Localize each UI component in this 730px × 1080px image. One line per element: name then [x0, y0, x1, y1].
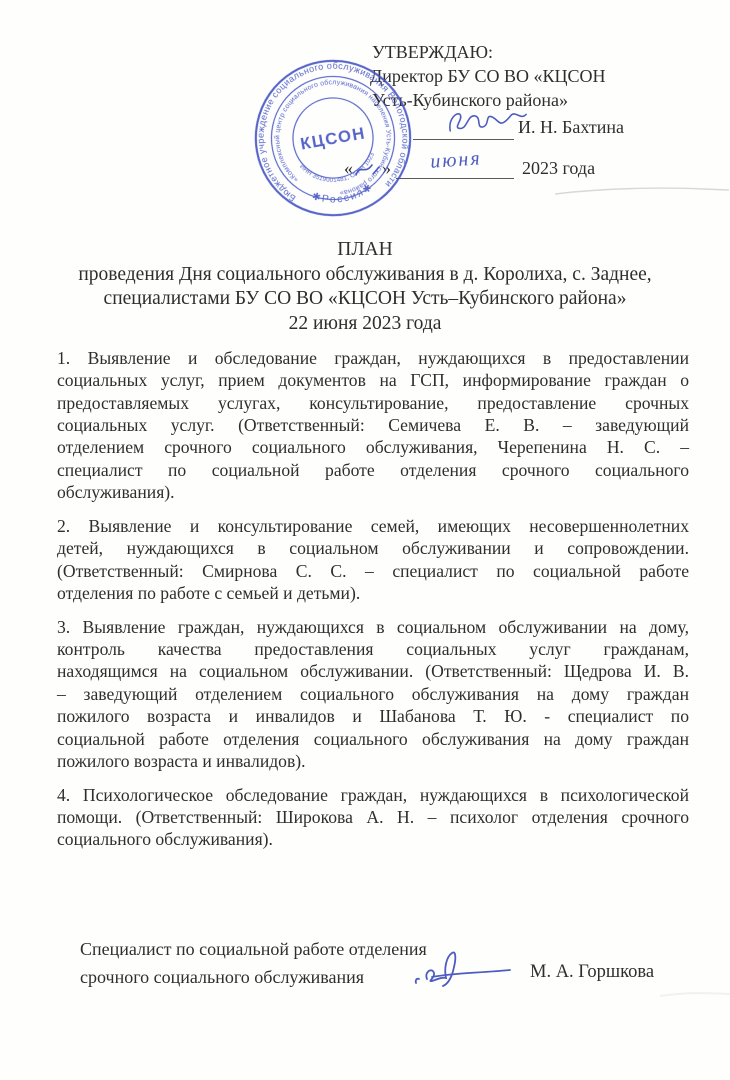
plan-item-line: детей, нуждающихся в социальном обслужив…	[57, 537, 689, 559]
date-year: 2023 года	[522, 158, 595, 179]
plan-item-line: 2. Выявление и консультирование семей, и…	[57, 515, 689, 537]
svg-text:✱Россия✱: ✱Россия✱	[309, 181, 378, 211]
title-line-org: специалистами БУ СО ВО «КЦСОН Усть–Кубин…	[0, 287, 730, 312]
plan-item-line: пожилого возраста и инвалидов и Шабанова…	[57, 705, 689, 727]
plan-item: 1. Выявление и обследование граждан, нуж…	[57, 347, 689, 503]
plan-item-line: специалист по социальной работе отделени…	[57, 459, 689, 481]
plan-item: 4. Психологическое обследование граждан,…	[57, 784, 689, 851]
plan-item-line: социальных услуг. (Ответственный: Семиче…	[57, 414, 689, 436]
footer-role-line1: Специалист по социальной работе отделени…	[80, 936, 427, 964]
plan-item-line: социального обслуживания).	[57, 828, 689, 850]
footer-role-line2: срочного социального обслуживания	[80, 964, 427, 992]
footer-role-block: Специалист по социальной работе отделени…	[80, 936, 427, 991]
scan-artifact-line	[555, 184, 730, 200]
scan-artifact-smudge	[660, 988, 730, 1000]
plan-item-line: помощи. (Ответственный: Широкова А. Н. –…	[57, 806, 689, 828]
plan-item-line: отделения по работе с семьей и детьми).	[57, 582, 689, 604]
plan-item-line: находящимся на социальном обслуживании. …	[57, 660, 689, 682]
stamp-country-text: ✱Россия✱	[309, 181, 378, 211]
specialist-name: М. А. Горшкова	[530, 962, 654, 983]
plan-item-line: отделением срочного социального обслужив…	[57, 436, 689, 458]
plan-item-line: социальных услуг, прием документов на ГС…	[57, 369, 689, 391]
scanned-document-page: УТВЕРЖДАЮ: Директор БУ СО ВО «КЦСОН Усть…	[0, 0, 730, 1080]
stamp-center-abbreviation: КЦСОН	[299, 123, 367, 153]
document-title-block: ПЛАН проведения Дня социального обслужив…	[0, 238, 730, 336]
director-name: И. Н. Бахтина	[518, 117, 624, 138]
round-stamp: Бюджетное учреждение социального обслужи…	[236, 41, 431, 236]
plan-item-line: 4. Психологическое обследование граждан,…	[57, 784, 689, 806]
title-line-date: 22 июня 2023 года	[0, 312, 730, 337]
plan-item-line: пожилого возраста и инвалидов).	[57, 750, 689, 772]
plan-item-line: – заведующий отделением социального обсл…	[57, 683, 689, 705]
plan-item-line: контроль качества предоставления социаль…	[57, 638, 689, 660]
plan-items: 1. Выявление и обследование граждан, нуж…	[57, 347, 689, 862]
specialist-signature-ink	[410, 948, 514, 992]
plan-item-line: социальной работе отделения социального …	[57, 728, 689, 750]
title-line-event: проведения Дня социального обслуживания …	[0, 263, 730, 288]
plan-item-line: обслуживания).	[57, 481, 689, 503]
plan-item-line: (Ответственный: Смирнова С. С. – специал…	[57, 560, 689, 582]
plan-item: 2. Выявление и консультирование семей, и…	[57, 515, 689, 604]
title-line-plan: ПЛАН	[0, 238, 730, 263]
plan-item-line: предоставляемых услугах, консультировани…	[57, 392, 689, 414]
plan-item: 3. Выявление граждан, нуждающихся в соци…	[57, 616, 689, 772]
plan-item-line: 3. Выявление граждан, нуждающихся в соци…	[57, 616, 689, 638]
plan-item-line: 1. Выявление и обследование граждан, нуж…	[57, 347, 689, 369]
